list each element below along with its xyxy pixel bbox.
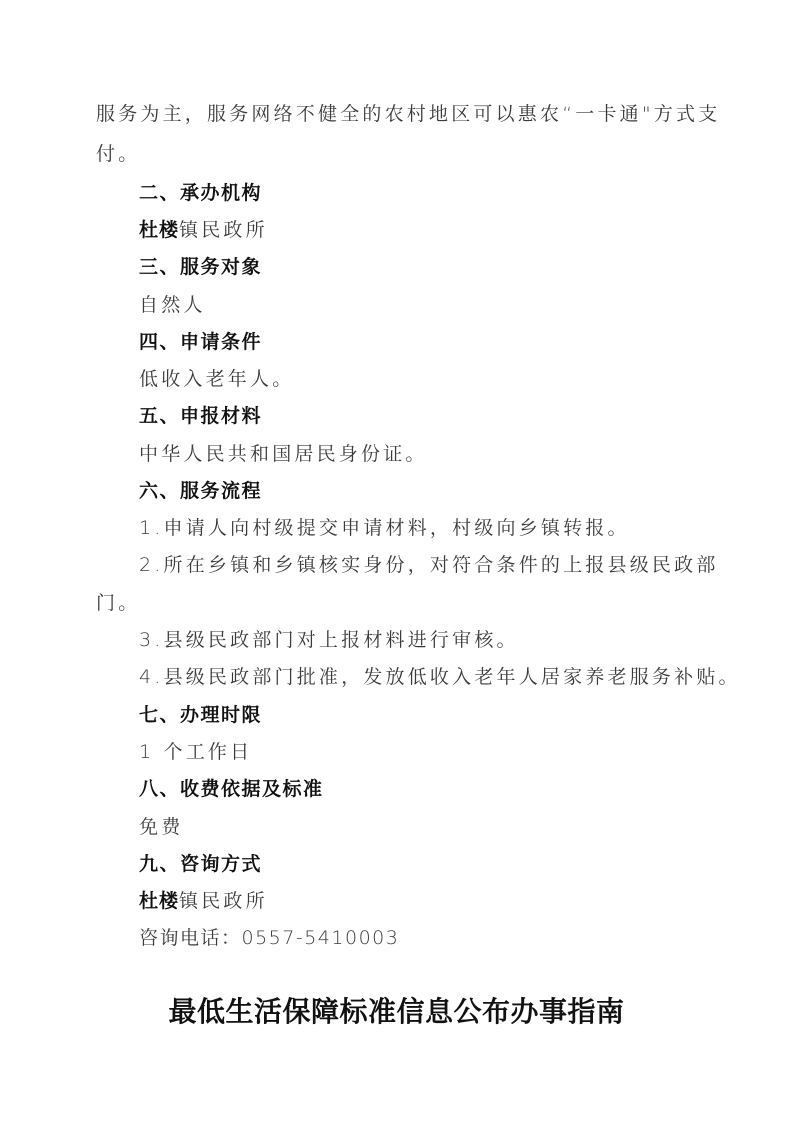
intro-paragraph-line-2: 付。 [96, 141, 140, 167]
section-heading-target: 三、服务对象 [139, 254, 262, 280]
section-heading-contact: 九、咨询方式 [139, 851, 262, 877]
materials-content: 中华人民共和国居民身份证。 [139, 441, 428, 467]
process-step-3: 3.县级民政部门对上报材料进行审核。 [139, 627, 519, 653]
agency-office: 镇民政所 [179, 219, 268, 241]
fees-content: 免费 [139, 814, 183, 840]
contact-phone: 咨询电话：0557-5410003 [139, 925, 399, 951]
section-heading-conditions: 四、申请条件 [139, 329, 262, 355]
target-content: 自然人 [139, 292, 206, 318]
process-step-4: 4.县级民政部门批准，发放低收入老年人居家养老服务补贴。 [139, 664, 741, 690]
contact-office-name: 镇民政所 [179, 890, 268, 912]
contact-office: 杜楼镇民政所 [139, 888, 268, 914]
process-step-2: 2.所在乡镇和乡镇核实身份，对符合条件的上报县级民政部 [139, 552, 719, 578]
agency-town: 杜楼 [139, 219, 179, 241]
section-heading-time-limit: 七、办理时限 [139, 702, 262, 728]
process-step-2-cont: 门。 [96, 590, 140, 616]
section-heading-agency: 二、承办机构 [139, 180, 262, 206]
conditions-content: 低收入老年人。 [139, 366, 294, 392]
section-heading-fees: 八、收费依据及标准 [139, 776, 324, 802]
section-heading-process: 六、服务流程 [139, 478, 262, 504]
intro-paragraph-line-1: 服务为主，服务网络不健全的农村地区可以惠农“一卡通"方式支 [96, 101, 720, 127]
agency-name: 杜楼镇民政所 [139, 217, 268, 243]
process-step-1: 1.申请人向村级提交申请材料，村级向乡镇转报。 [139, 515, 630, 541]
time-limit-content: 1 个工作日 [139, 739, 252, 765]
contact-town: 杜楼 [139, 890, 179, 912]
next-section-title: 最低生活保障标准信息公布办事指南 [0, 990, 793, 1030]
section-heading-materials: 五、申报材料 [139, 403, 262, 429]
